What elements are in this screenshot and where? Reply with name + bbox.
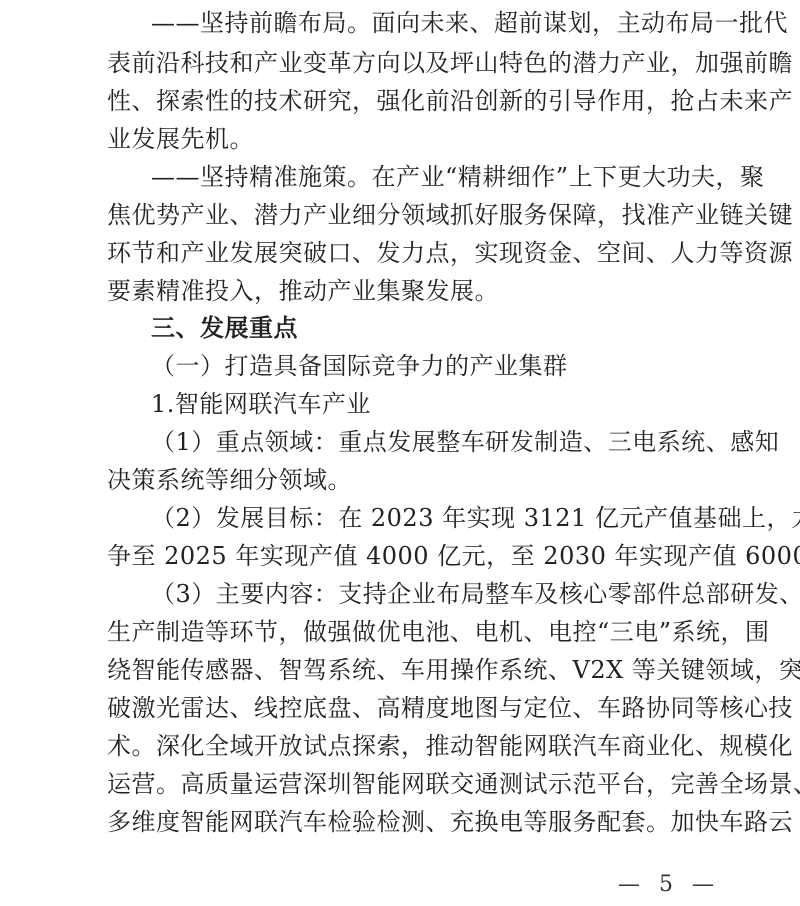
text-line: 生产制造等环节，做强做优电池、电机、电控“三电”系统，围 [107,617,707,647]
text-line: 性、探索性的技术研究，强化前沿创新的引导作用，抢占未来产 [107,86,707,116]
text-line: 要素精准投入，推动产业集聚发展。 [107,276,707,306]
subsection-heading: （一）打造具备国际竞争力的产业集群 [107,351,707,381]
item-heading: 1.智能网联汽车产业 [107,389,707,419]
text-line: （2）发展目标：在 2023 年实现 3121 亿元产值基础上，力 [107,503,707,533]
text-line: （3）主要内容：支持企业布局整车及核心零部件总部研发、 [107,579,707,609]
text-line: 环节和产业发展突破口、发力点，实现资金、空间、人力等资源 [107,238,707,268]
text-line: ——坚持前瞻布局。面向未来、超前谋划，主动布局一批代 [107,8,707,38]
text-line: 破激光雷达、线控底盘、高精度地图与定位、车路协同等核心技 [107,693,707,723]
text-line: 运营。高质量运营深圳智能网联交通测试示范平台，完善全场景、 [107,769,707,799]
text-line: 争至 2025 年实现产值 4000 亿元，至 2030 年实现产值 6000 … [107,541,707,571]
text-line: 多维度智能网联汽车检验检测、充换电等服务配套。加快车路云 [107,807,707,837]
page-number: — 5 — [618,872,720,898]
text-line: （1）重点领域：重点发展整车研发制造、三电系统、感知 [107,427,707,457]
section-heading: 三、发展重点 [107,313,707,343]
text-line: ——坚持精准施策。在产业“精耕细作”上下更大功夫，聚 [107,162,707,192]
text-line: 术。深化全域开放试点探索，推动智能网联汽车商业化、规模化 [107,731,707,761]
text-line: 焦优势产业、潜力产业细分领域抓好服务保障，找准产业链关键 [107,200,707,230]
text-line: 绕智能传感器、智驾系统、车用操作系统、V2X 等关键领域，突 [107,655,707,685]
text-line: 决策系统等细分领域。 [107,465,707,495]
text-line: 表前沿科技和产业变革方向以及坪山特色的潜力产业，加强前瞻 [107,48,707,78]
text-line: 业发展先机。 [107,124,707,154]
